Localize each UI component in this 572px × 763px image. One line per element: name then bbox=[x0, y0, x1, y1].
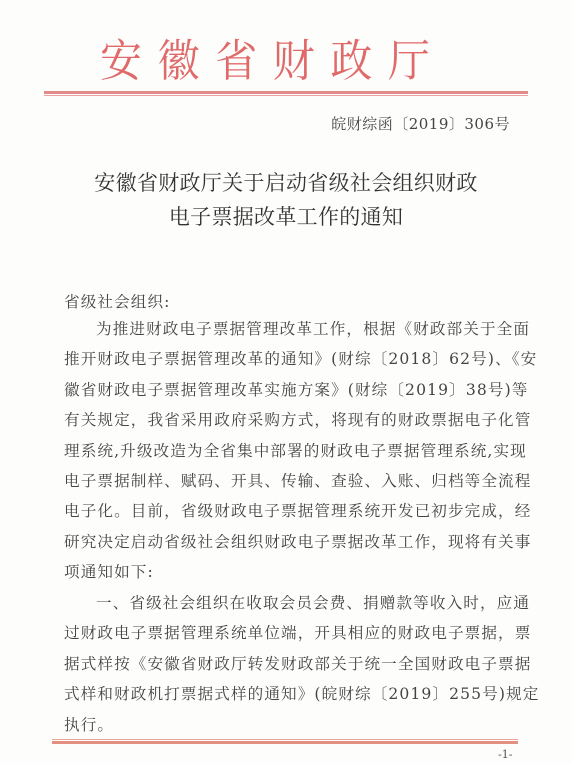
paragraph-2: 一、省级社会组织在收取会员会费、捐赠款等收入时，应通 过财政电子票据管理系统单位… bbox=[64, 588, 506, 740]
masthead-char: 财 bbox=[273, 27, 315, 90]
rule-thin-line bbox=[52, 739, 518, 740]
text-line: 据式样按《安徽省财政厅转发财政部关于统一全国财政电子票据 bbox=[64, 649, 506, 679]
text-line: 有关规定，我省采用政府采购方式，将现有的财政票据电子化管 bbox=[64, 405, 506, 435]
masthead: 安 徽 省 财 政 厅 bbox=[100, 30, 430, 86]
text-line: 式样和财政机打票据式样的通知》(皖财综〔2019〕255号)规定 bbox=[64, 679, 506, 709]
rule-thick-line bbox=[52, 741, 518, 744]
paragraph-1: 为推进财政电子票据管理改革工作，根据《财政部关于全面 推开财政电子票据管理改革的… bbox=[64, 314, 506, 588]
masthead-char: 安 bbox=[100, 27, 142, 90]
header-red-rule bbox=[44, 91, 528, 97]
document-page: 安 徽 省 财 政 厅 皖财综函〔2019〕306号 安徽省财政厅关于启动省级社… bbox=[0, 0, 572, 763]
text-line: 项通知如下: bbox=[64, 557, 506, 587]
masthead-char: 政 bbox=[330, 27, 372, 90]
rule-thick-line bbox=[44, 91, 528, 94]
page-number: -1- bbox=[498, 748, 512, 761]
masthead-char: 厅 bbox=[388, 27, 430, 90]
text-line: 一、省级社会组织在收取会员会费、捐赠款等收入时，应通 bbox=[64, 588, 506, 618]
text-line: 徽省财政电子票据管理改革实施方案》(财综〔2019〕38号)等 bbox=[64, 375, 506, 405]
salutation: 省级社会组织: bbox=[64, 290, 171, 312]
document-number: 皖财综函〔2019〕306号 bbox=[331, 113, 510, 134]
text-line: 电子票据制样、赋码、开具、传输、查验、入账、归档等全流程 bbox=[64, 466, 506, 496]
document-title-line2: 电子票据改革工作的通知 bbox=[0, 201, 572, 231]
text-line: 推开财政电子票据管理改革的通知》(财综〔2018〕62号)、《安 bbox=[64, 344, 506, 374]
text-line: 理系统,升级改造为全省集中部署的财政电子票据管理系统,实现 bbox=[64, 436, 506, 466]
masthead-char: 徽 bbox=[158, 27, 200, 90]
text-line: 电子化。目前，省级财政电子票据管理系统开发已初步完成，经 bbox=[64, 496, 506, 526]
text-line: 执行。 bbox=[64, 710, 506, 740]
text-line: 研究决定启动省级社会组织财政电子票据改革工作，现将有关事 bbox=[64, 527, 506, 557]
rule-thin-line bbox=[44, 95, 528, 96]
text-line: 过财政电子票据管理系统单位端，开具相应的财政电子票据，票 bbox=[64, 618, 506, 648]
masthead-char: 省 bbox=[215, 27, 257, 90]
document-title-line1: 安徽省财政厅关于启动省级社会组织财政 bbox=[0, 167, 572, 197]
text-line: 为推进财政电子票据管理改革工作，根据《财政部关于全面 bbox=[64, 314, 506, 344]
footer-red-rule bbox=[52, 739, 518, 745]
